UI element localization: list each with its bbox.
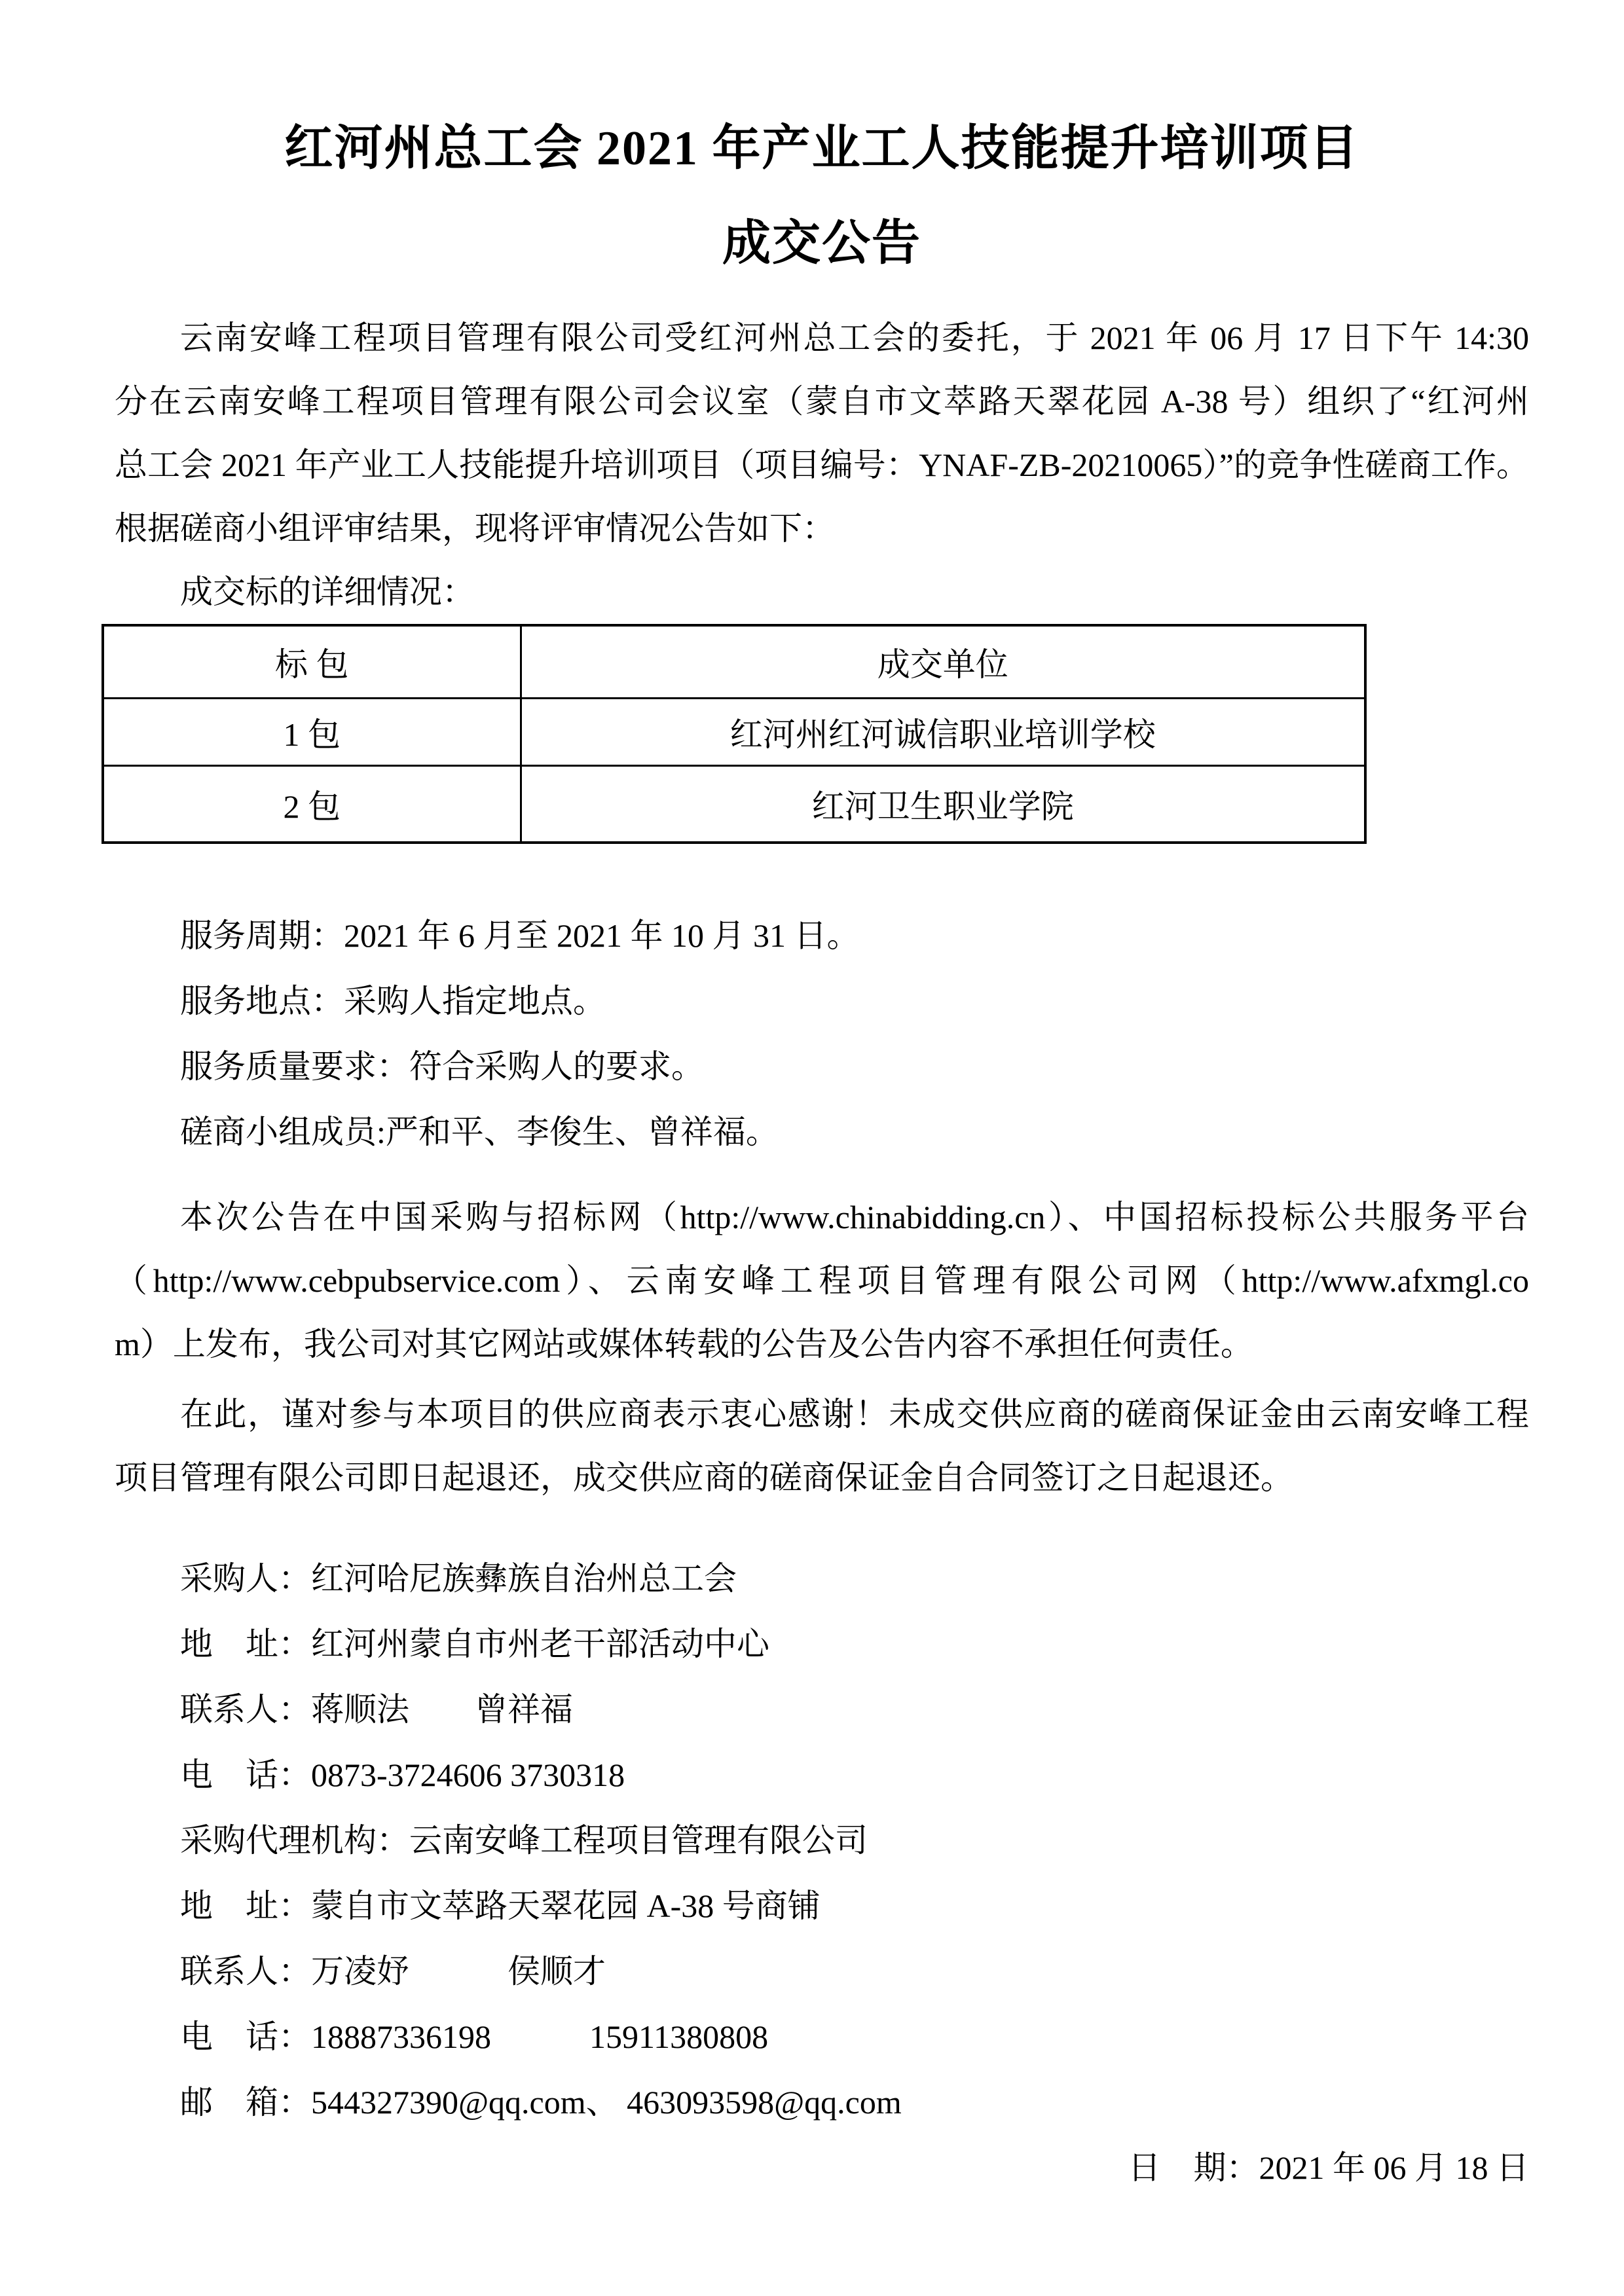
table-header-package: 标 包 bbox=[103, 625, 521, 699]
panel-members-line: 磋商小组成员:严和平、李俊生、曾祥福。 bbox=[115, 1099, 1529, 1165]
agency-name-line: 采购代理机构：云南安峰工程项目管理有限公司 bbox=[115, 1808, 1529, 1873]
agency-contact-line: 联系人：万凌妤 侯顺才 bbox=[115, 1939, 1529, 2004]
purchaser-name-line: 采购人：红河哈尼族彝族自治州总工会 bbox=[115, 1546, 1529, 1611]
document-content: 红河州总工会 2021 年产业工人技能提升培训项目 成交公告 云南安峰工程项目管… bbox=[0, 0, 1624, 2200]
paragraph-line: 本次公告在中国采购与招标网（http://www.chinabidding.cn… bbox=[115, 1186, 1529, 1249]
document-page: 红河州总工会 2021 年产业工人技能提升培训项目 成交公告 云南安峰工程项目管… bbox=[0, 0, 1624, 2296]
table-header-row: 标 包 成交单位 bbox=[103, 625, 1365, 699]
table-cell-package: 1 包 bbox=[103, 699, 521, 766]
paragraph-line: 根据磋商小组评审结果，现将评审情况公告如下： bbox=[115, 497, 1529, 560]
paragraph-line: m）上发布，我公司对其它网站或媒体转载的公告及公告内容不承担任何责任。 bbox=[115, 1313, 1529, 1376]
publish-paragraph: 本次公告在中国采购与招标网（http://www.chinabidding.cn… bbox=[115, 1186, 1529, 1376]
purchaser-contact-line: 联系人：蒋顺法 曾祥福 bbox=[115, 1677, 1529, 1742]
table-cell-supplier: 红河州红河诚信职业培训学校 bbox=[521, 699, 1365, 766]
table-cell-supplier: 红河卫生职业学院 bbox=[521, 766, 1365, 843]
service-info-block: 服务周期：2021 年 6 月至 2021 年 10 月 31 日。 服务地点：… bbox=[115, 903, 1529, 1165]
service-period-line: 服务周期：2021 年 6 月至 2021 年 10 月 31 日。 bbox=[115, 903, 1529, 968]
document-title-line2: 成交公告 bbox=[115, 196, 1529, 291]
agency-phone-line: 电 话：18887336198 15911380808 bbox=[115, 2004, 1529, 2069]
purchaser-address-line: 地 址：红河州蒙自市州老干部活动中心 bbox=[115, 1611, 1529, 1677]
table-row: 2 包 红河卫生职业学院 bbox=[103, 766, 1365, 843]
paragraph-line: 项目管理有限公司即日起退还，成交供应商的磋商保证金自合同签订之日起退还。 bbox=[115, 1446, 1529, 1510]
table-row: 1 包 红河州红河诚信职业培训学校 bbox=[103, 699, 1365, 766]
paragraph-line: 分在云南安峰工程项目管理有限公司会议室（蒙自市文萃路天翠花园 A-38 号）组织… bbox=[115, 370, 1529, 433]
paragraph-line: 总工会 2021 年产业工人技能提升培训项目（项目编号：YNAF-ZB-2021… bbox=[115, 433, 1529, 497]
paragraph-line: （http://www.cebpubservice.com）、云南安峰工程项目管… bbox=[115, 1249, 1529, 1313]
intro-paragraph: 云南安峰工程项目管理有限公司受红河州总工会的委托，于 2021 年 06 月 1… bbox=[115, 306, 1529, 560]
contact-block: 采购人：红河哈尼族彝族自治州总工会 地 址：红河州蒙自市州老干部活动中心 联系人… bbox=[115, 1546, 1529, 2135]
thanks-paragraph: 在此，谨对参与本项目的供应商表示衷心感谢！未成交供应商的磋商保证金由云南安峰工程… bbox=[115, 1383, 1529, 1510]
table-cell-package: 2 包 bbox=[103, 766, 521, 843]
agency-address-line: 地 址：蒙自市文萃路天翠花园 A-38 号商铺 bbox=[115, 1873, 1529, 1939]
agency-email-line: 邮 箱：544327390@qq.com、 463093598@qq.com bbox=[115, 2069, 1529, 2135]
table-header-supplier: 成交单位 bbox=[521, 625, 1365, 699]
service-quality-line: 服务质量要求：符合采购人的要求。 bbox=[115, 1034, 1529, 1099]
purchaser-phone-line: 电 话：0873-3724606 3730318 bbox=[115, 1742, 1529, 1808]
paragraph-line: 在此，谨对参与本项目的供应商表示衷心感谢！未成交供应商的磋商保证金由云南安峰工程 bbox=[115, 1383, 1529, 1446]
document-title-line1: 红河州总工会 2021 年产业工人技能提升培训项目 bbox=[115, 101, 1529, 196]
date-line: 日 期：2021 年 06 月 18 日 bbox=[115, 2135, 1529, 2200]
service-location-line: 服务地点：采购人指定地点。 bbox=[115, 968, 1529, 1034]
paragraph-line: 云南安峰工程项目管理有限公司受红河州总工会的委托，于 2021 年 06 月 1… bbox=[115, 306, 1529, 370]
award-table: 标 包 成交单位 1 包 红河州红河诚信职业培训学校 2 包 红河卫生职业学院 bbox=[101, 624, 1367, 844]
table-caption: 成交标的详细情况： bbox=[115, 560, 1529, 624]
